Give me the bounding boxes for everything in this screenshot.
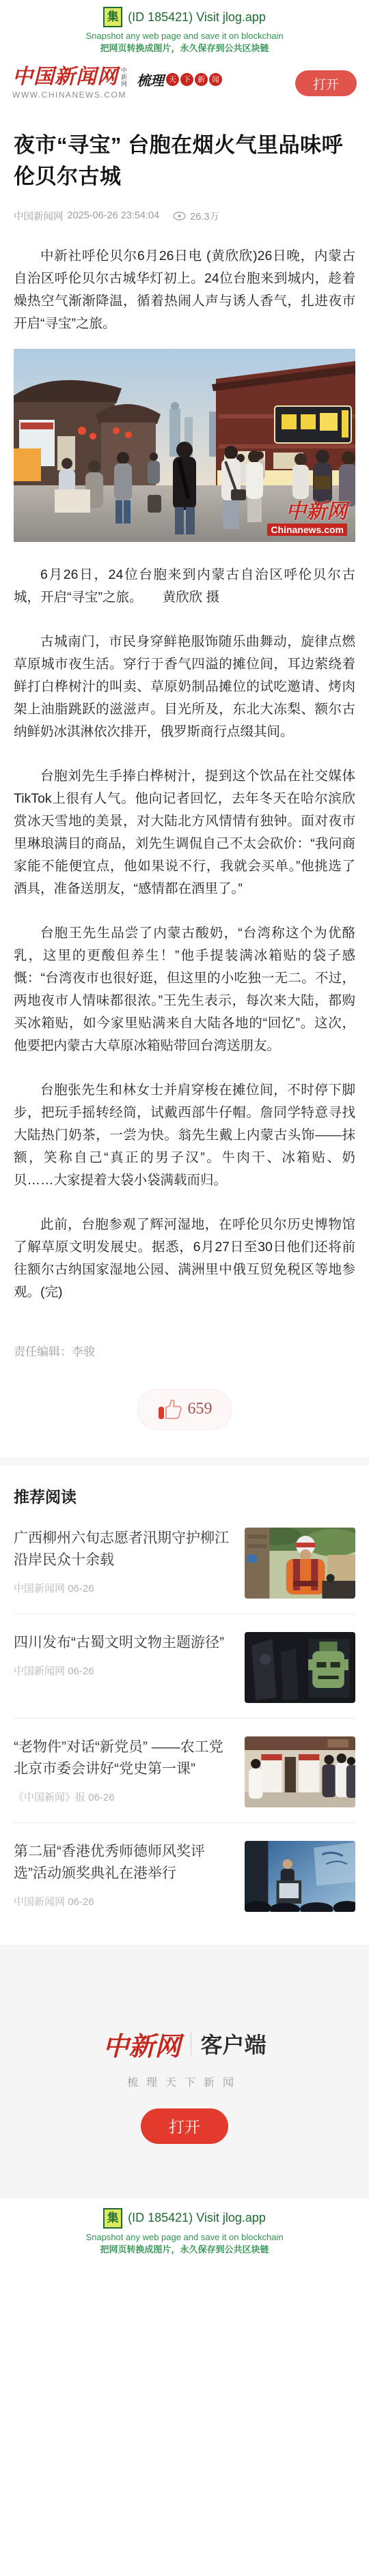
recommend-item-title: 广西柳州六旬志愿者汛期守护柳江沿岸民众十余载: [14, 1528, 234, 1571]
thumbs-up-icon: [157, 1398, 182, 1421]
recommend-item-source: 中国新闻网 06-26: [14, 1581, 234, 1595]
open-app-button-header[interactable]: 打开: [295, 70, 357, 96]
article-datetime: 2025-06-26 23:54:04: [68, 210, 160, 221]
footer-logo-divider: [191, 2032, 191, 2055]
article-photo: 中新网 Chinanews.com: [14, 349, 355, 542]
watermark-en: Chinanews.com: [267, 524, 347, 536]
article-body: 中新社呼伦贝尔6月26日电 (黄欣欣)26日晚，内蒙古自治区呼伦贝尔古城华灯初上…: [14, 245, 355, 1359]
logo-url: WWW.CHINANEWS.COM: [12, 90, 127, 100]
editor-line: 责任编辑：李骏: [14, 1342, 355, 1359]
site-header: 中国新闻网 中 新 网 WWW.CHINANEWS.COM 梳理 天 下 新 闻…: [0, 60, 369, 109]
promo-subtitle-en: Snapshot any web page and save it on blo…: [0, 2231, 369, 2244]
promo-banner-top: 集 (ID 185421) Visit jlog.app Snapshot an…: [0, 0, 369, 60]
article-paragraph: 古城南门，市民身穿鲜艳服饰随乐曲舞动，旋律点燃草原城市夜生活。穿行于香气四溢的摊…: [14, 631, 355, 743]
watermark-cn: 中新网: [267, 502, 347, 522]
footer-logo-suffix: 客户端: [201, 2028, 266, 2059]
recommend-item-source: 中国新闻网 06-26: [14, 1663, 234, 1678]
photo-watermark: 中新网 Chinanews.com: [267, 502, 347, 536]
promo-subtitle-en: Snapshot any web page and save it on blo…: [0, 30, 369, 42]
slogan-dot: 闻: [209, 73, 222, 86]
promo-subtitle-cn: 把网页转换成图片，永久保存到公共区块链: [0, 2244, 369, 2256]
slogan-dot: 天: [166, 73, 179, 86]
recommend-item-title: 第二届“香港优秀师德师风奖评选”活动颁奖典礼在港举行: [14, 1841, 234, 1885]
recommend-item[interactable]: 四川发布“古蜀文明文物主题游径” 中国新闻网 06-26: [14, 1614, 355, 1719]
recommend-header: 推荐阅读: [14, 1485, 355, 1507]
section-separator: [0, 1457, 369, 1465]
slogan-dot: 下: [180, 73, 193, 86]
like-button[interactable]: 659: [137, 1389, 232, 1430]
logo-side-text: 中 新 网: [121, 67, 127, 87]
promo-banner-bottom: 集 (ID 185421) Visit jlog.app Snapshot an…: [0, 2199, 369, 2261]
recommend-item[interactable]: 第二届“香港优秀师德师风奖评选”活动颁奖典礼在港举行 中国新闻网 06-26: [14, 1823, 355, 1927]
logo-calligraphy: 中国新闻网: [12, 67, 118, 87]
recommend-item[interactable]: 广西柳州六旬志愿者汛期守护柳江沿岸民众十余载 中国新闻网 06-26: [14, 1510, 355, 1614]
recommend-item-title: “老物件”对话“新党员” ——农工党北京市委会讲好“党史第一课”: [14, 1736, 234, 1780]
recommend-thumbnail-award-ceremony: [245, 1841, 355, 1912]
article-paragraph: 中新社呼伦贝尔6月26日电 (黄欣欣)26日晚，内蒙古自治区呼伦贝尔古城华灯初上…: [14, 245, 355, 335]
recommend-thumbnail-volunteer: [245, 1528, 355, 1599]
promo-link[interactable]: (ID 185421) Visit jlog.app: [128, 2211, 266, 2225]
article-source: 中国新闻网: [14, 209, 64, 223]
recommend-thumbnail-bronze-mask: [245, 1632, 355, 1703]
article-paragraph: 台胞刘先生手捧白桦树汁，提到这个饮品在社交媒体TikTok上很有人气。他向记者回…: [14, 765, 355, 900]
view-count: 26.3万: [190, 209, 219, 223]
recommend-item-source: 《中国新闻》报 06-26: [14, 1790, 234, 1804]
open-app-button-footer[interactable]: 打开: [141, 2108, 228, 2144]
recommend-item[interactable]: “老物件”对话“新党员” ——农工党北京市委会讲好“党史第一课” 《中国新闻》报…: [14, 1719, 355, 1823]
article-meta: 中国新闻网 2025-06-26 23:54:04 26.3万: [14, 209, 355, 223]
promo-link[interactable]: (ID 185421) Visit jlog.app: [128, 10, 266, 25]
recommend-item-source: 中国新闻网 06-26: [14, 1894, 234, 1908]
jlog-icon: 集: [103, 2208, 122, 2229]
article-title: 夜市“寻宝” 台胞在烟火气里品味呼伦贝尔古城: [14, 130, 355, 192]
photo-caption: 6月26日，24位台胞来到内蒙古自治区呼伦贝尔古城，开启“寻宝”之旅。 黄欣欣 …: [14, 564, 355, 609]
recommend-item-title: 四川发布“古蜀文明文物主题游径”: [14, 1632, 234, 1654]
article-paragraph: 台胞王先生品尝了内蒙古酸奶，“台湾称这个为优酪乳，这里的更酸但养生！”他手提装满…: [14, 922, 355, 1057]
footer-slogan: 梳理天下新闻: [0, 2074, 369, 2089]
recommend-thumbnail-exhibition: [245, 1736, 355, 1807]
eye-icon: [173, 212, 186, 220]
like-count: 659: [188, 1400, 213, 1418]
slogan-dot: 新: [195, 73, 208, 86]
slogan-graphic: 梳理 天 下 新 闻: [137, 70, 222, 89]
app-download-footer: 中新网 客户端 梳理天下新闻 打开: [0, 1945, 369, 2199]
recommend-section: 推荐阅读 广西柳州六旬志愿者汛期守护柳江沿岸民众十余载 中国新闻网 06-26: [0, 1485, 369, 1927]
promo-subtitle-cn: 把网页转换成图片，永久保存到公共区块链: [0, 42, 369, 55]
article-paragraph: 此前，台胞参观了辉河湿地，在呼伦贝尔历史博物馆了解草原文明发展史。据悉，6月27…: [14, 1214, 355, 1304]
jlog-icon: 集: [103, 7, 122, 27]
chinanews-logo[interactable]: 中国新闻网 中 新 网 WWW.CHINANEWS.COM: [12, 67, 127, 100]
article-paragraph: 台胞张先生和林女士并肩穿梭在摊位间，不时停下脚步，把玩手摇转经筒，试戴西部牛仔帽…: [14, 1079, 355, 1192]
footer-logo: 中新网: [102, 2025, 180, 2063]
